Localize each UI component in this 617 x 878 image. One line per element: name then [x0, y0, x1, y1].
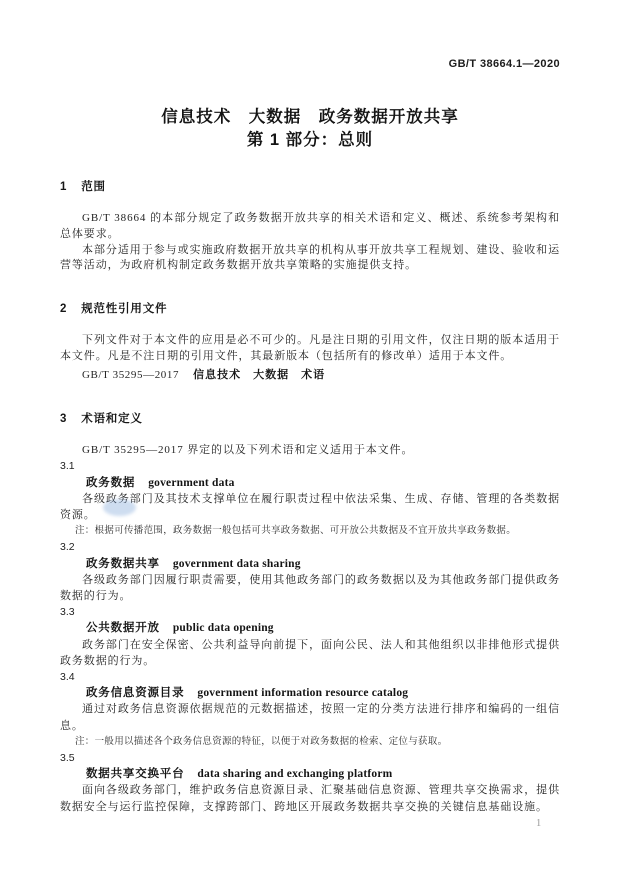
term-chinese: 数据共享交换平台 — [86, 768, 184, 780]
title-line-2: 第 1 部分：总则 — [60, 129, 560, 152]
term-english: government data sharing — [173, 558, 301, 570]
section-title: 规范性引用文件 — [81, 303, 167, 315]
term-definition: 通过对政务信息资源依据规范的元数据描述，按照一定的分类方法进行排序和编码的一组信… — [60, 701, 560, 733]
term-english: data sharing and exchanging platform — [197, 768, 392, 780]
term-entry-3-3: 3.3 公共数据开放public data opening 政务部门在安全保密、… — [60, 604, 560, 669]
term-number: 3.3 — [60, 604, 560, 620]
term-chinese: 政务数据 — [86, 477, 135, 489]
section-scope: 1范围 GB/T 38664 的本部分规定了政务数据开放共享的相关术语和定义、概… — [60, 178, 560, 274]
reference-code: GB/T 35295—2017 — [82, 369, 179, 381]
page-number: 1 — [536, 818, 541, 829]
term-definition: 各级政务部门及其技术支撑单位在履行职责过程中依法采集、生成、存储、管理的各类数据… — [60, 491, 560, 523]
section-1-heading: 1范围 — [60, 178, 560, 194]
section-number: 2 — [60, 303, 67, 315]
reference-title: 信息技术 大数据 术语 — [193, 369, 325, 381]
normative-reference: GB/T 35295—2017信息技术 大数据 术语 — [60, 368, 560, 384]
term-number: 3.4 — [60, 669, 560, 685]
section-2-heading: 2规范性引用文件 — [60, 300, 560, 316]
term-entry-3-4: 3.4 政务信息资源目录government information resou… — [60, 669, 560, 750]
term-heading: 数据共享交换平台data sharing and exchanging plat… — [60, 766, 560, 782]
section-terms-and-definitions: 3术语和定义 GB/T 35295—2017 界定的以及下列术语和定义适用于本文… — [60, 410, 560, 815]
paragraph: 下列文件对于本文件的应用是必不可少的。凡是注日期的引用文件，仅注日期的版本适用于… — [60, 333, 560, 365]
term-number: 3.1 — [60, 458, 560, 474]
section-title: 术语和定义 — [81, 413, 143, 425]
paragraph: GB/T 35295—2017 界定的以及下列术语和定义适用于本文件。 — [60, 443, 560, 459]
term-chinese: 政务信息资源目录 — [86, 687, 184, 699]
term-heading: 政务信息资源目录government information resource … — [60, 685, 560, 701]
paragraph: 本部分适用于参与或实施政府数据开放共享的机构从事开放共享工程规划、建设、验收和运… — [60, 243, 560, 275]
document-page: GB/T 38664.1—2020 信息技术 大数据 政务数据开放共享 第 1 … — [0, 0, 617, 878]
term-entry-3-2: 3.2 政务数据共享government data sharing 各级政务部门… — [60, 539, 560, 604]
term-heading: 政务数据共享government data sharing — [60, 556, 560, 572]
document-title: 信息技术 大数据 政务数据开放共享 第 1 部分：总则 — [60, 106, 560, 152]
term-heading: 政务数据government data — [60, 475, 560, 491]
section-number: 1 — [60, 181, 67, 193]
term-number: 3.2 — [60, 539, 560, 555]
term-definition: 面向各级政务部门，维护政务信息资源目录、汇聚基础信息资源、管理共享交换需求，提供… — [60, 782, 560, 814]
term-definition: 各级政务部门因履行职责需要，使用其他政务部门的政务数据以及为其他政务部门提供政务… — [60, 572, 560, 604]
term-english: government data — [148, 477, 234, 489]
term-entry-3-5: 3.5 数据共享交换平台data sharing and exchanging … — [60, 750, 560, 815]
section-title: 范围 — [81, 181, 106, 193]
term-note: 注：根据可传播范围，政务数据一般包括可共享政务数据、可开放公共数据及不宜开放共享… — [60, 523, 560, 539]
standard-code: GB/T 38664.1—2020 — [60, 58, 560, 70]
term-definition: 政务部门在安全保密、公共利益导向前提下，面向公民、法人和其他组织以非排他形式提供… — [60, 637, 560, 669]
title-line-1: 信息技术 大数据 政务数据开放共享 — [60, 106, 560, 129]
term-english: public data opening — [173, 622, 274, 634]
paragraph: GB/T 38664 的本部分规定了政务数据开放共享的相关术语和定义、概述、系统… — [60, 211, 560, 243]
section-3-heading: 3术语和定义 — [60, 410, 560, 426]
term-heading: 公共数据开放public data opening — [60, 620, 560, 636]
term-english: government information resource catalog — [197, 687, 408, 699]
term-number: 3.5 — [60, 750, 560, 766]
section-normative-references: 2规范性引用文件 下列文件对于本文件的应用是必不可少的。凡是注日期的引用文件，仅… — [60, 300, 560, 383]
term-chinese: 政务数据共享 — [86, 558, 160, 570]
term-entry-3-1: 3.1 政务数据government data 各级政务部门及其技术支撑单位在履… — [60, 458, 560, 539]
section-number: 3 — [60, 413, 67, 425]
term-chinese: 公共数据开放 — [86, 622, 160, 634]
term-note: 注：一般用以描述各个政务信息资源的特征，以便于对政务数据的检索、定位与获取。 — [60, 734, 560, 750]
